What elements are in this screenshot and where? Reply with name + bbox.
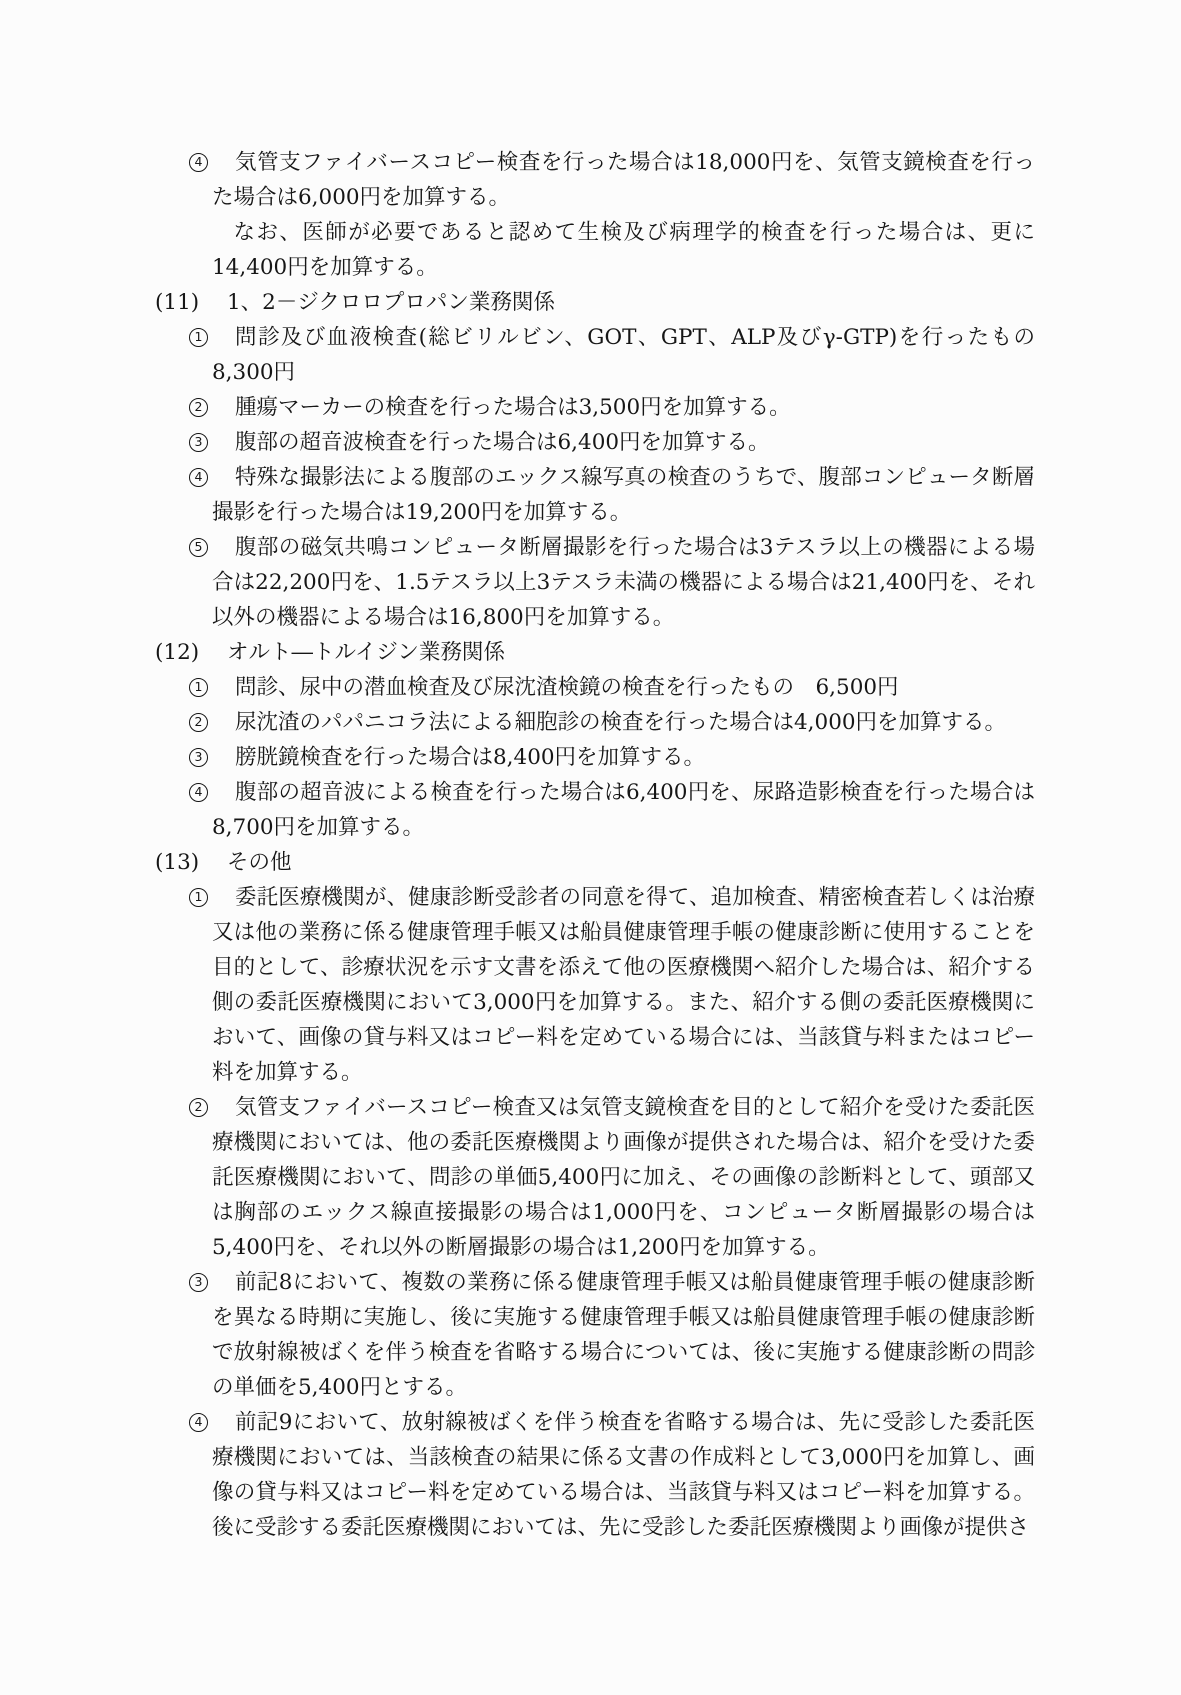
circled-number-icon: 1 bbox=[189, 678, 208, 697]
list-item: 4腹部の超音波による検査を行った場合は6,400円を、尿路造影検査を行った場合は… bbox=[0, 775, 1181, 845]
item-text: 腹部の超音波検査を行った場合は6,400円を加算する。 bbox=[235, 430, 770, 455]
item-text: 気管支ファイバースコピー検査又は気管支鏡検査を目的として紹介を受けた委託医療機関… bbox=[212, 1095, 1035, 1260]
section-heading: (13)その他 bbox=[0, 845, 1181, 880]
list-item: 3前記8において、複数の業務に係る健康管理手帳又は船員健康管理手帳の健康診断を異… bbox=[0, 1265, 1181, 1405]
section-title: その他 bbox=[227, 850, 292, 875]
item-text: 腹部の磁気共鳴コンピュータ断層撮影を行った場合は3テスラ以上の機器による場合は2… bbox=[212, 535, 1035, 630]
item-text: 前記9において、放射線被ばくを伴う検査を省略する場合は、先に受診した委託医療機関… bbox=[212, 1410, 1035, 1540]
circled-number-icon: 1 bbox=[189, 328, 208, 347]
item-text: 委託医療機関が、健康診断受診者の同意を得て、追加検査、精密検査若しくは治療又は他… bbox=[212, 885, 1035, 1085]
item-text: 腫瘍マーカーの検査を行った場合は3,500円を加算する。 bbox=[235, 395, 791, 420]
list-item: 3腹部の超音波検査を行った場合は6,400円を加算する。 bbox=[0, 425, 1181, 460]
section-heading: (11)1、2－ジクロロプロパン業務関係 bbox=[0, 285, 1181, 320]
list-item: 5腹部の磁気共鳴コンピュータ断層撮影を行った場合は3テスラ以上の機器による場合は… bbox=[0, 530, 1181, 635]
note-paragraph: なお、医師が必要であると認めて生検及び病理学的検査を行った場合は、更に14,40… bbox=[0, 215, 1181, 285]
note-text: なお、医師が必要であると認めて生検及び病理学的検査を行った場合は、更に14,40… bbox=[212, 220, 1035, 280]
circled-number-icon: 4 bbox=[189, 783, 208, 802]
item-text: 問診、尿中の潜血検査及び尿沈渣検鏡の検査を行ったもの 6,500円 bbox=[235, 675, 899, 700]
list-item: 1委託医療機関が、健康診断受診者の同意を得て、追加検査、精密検査若しくは治療又は… bbox=[0, 880, 1181, 1090]
section-number: (13) bbox=[155, 845, 199, 880]
section-heading: (12)オルト―トルイジン業務関係 bbox=[0, 635, 1181, 670]
item-text: 膀胱鏡検査を行った場合は8,400円を加算する。 bbox=[235, 745, 705, 770]
item-text: 腹部の超音波による検査を行った場合は6,400円を、尿路造影検査を行った場合は8… bbox=[212, 780, 1035, 840]
circled-number-icon: 3 bbox=[189, 433, 208, 452]
item-text: 気管支ファイバースコピー検査を行った場合は18,000円を、気管支鏡検査を行った… bbox=[212, 150, 1035, 210]
section-title: オルト―トルイジン業務関係 bbox=[227, 640, 505, 665]
list-item: 2腫瘍マーカーの検査を行った場合は3,500円を加算する。 bbox=[0, 390, 1181, 425]
list-item: 3膀胱鏡検査を行った場合は8,400円を加算する。 bbox=[0, 740, 1181, 775]
circled-number-icon: 4 bbox=[189, 153, 208, 172]
section-title: 1、2－ジクロロプロパン業務関係 bbox=[227, 290, 555, 315]
circled-number-icon: 2 bbox=[189, 713, 208, 732]
section-number: (12) bbox=[155, 635, 199, 670]
list-item: 4気管支ファイバースコピー検査を行った場合は18,000円を、気管支鏡検査を行っ… bbox=[0, 145, 1181, 215]
document-body: 4気管支ファイバースコピー検査を行った場合は18,000円を、気管支鏡検査を行っ… bbox=[0, 145, 1181, 1545]
item-text: 特殊な撮影法による腹部のエックス線写真の検査のうちで、腹部コンピュータ断層撮影を… bbox=[212, 465, 1035, 525]
circled-number-icon: 5 bbox=[189, 538, 208, 557]
list-item: 2気管支ファイバースコピー検査又は気管支鏡検査を目的として紹介を受けた委託医療機… bbox=[0, 1090, 1181, 1265]
item-text: 問診及び血液検査(総ビリルビン、GOT、GPT、ALP及びγ-GTP)を行ったも… bbox=[212, 325, 1057, 385]
circled-number-icon: 4 bbox=[189, 1413, 208, 1432]
circled-number-icon: 3 bbox=[189, 748, 208, 767]
list-item: 4前記9において、放射線被ばくを伴う検査を省略する場合は、先に受診した委託医療機… bbox=[0, 1405, 1181, 1545]
list-item: 1問診、尿中の潜血検査及び尿沈渣検鏡の検査を行ったもの 6,500円 bbox=[0, 670, 1181, 705]
list-item: 2尿沈渣のパパニコラ法による細胞診の検査を行った場合は4,000円を加算する。 bbox=[0, 705, 1181, 740]
circled-number-icon: 2 bbox=[189, 398, 208, 417]
circled-number-icon: 2 bbox=[189, 1098, 208, 1117]
circled-number-icon: 4 bbox=[189, 468, 208, 487]
item-text: 前記8において、複数の業務に係る健康管理手帳又は船員健康管理手帳の健康診断を異な… bbox=[212, 1270, 1035, 1400]
document-page: 4気管支ファイバースコピー検査を行った場合は18,000円を、気管支鏡検査を行っ… bbox=[0, 0, 1181, 1695]
item-text: 尿沈渣のパパニコラ法による細胞診の検査を行った場合は4,000円を加算する。 bbox=[235, 710, 1006, 735]
circled-number-icon: 3 bbox=[189, 1273, 208, 1292]
circled-number-icon: 1 bbox=[189, 888, 208, 907]
list-item: 4特殊な撮影法による腹部のエックス線写真の検査のうちで、腹部コンピュータ断層撮影… bbox=[0, 460, 1181, 530]
list-item: 1問診及び血液検査(総ビリルビン、GOT、GPT、ALP及びγ-GTP)を行った… bbox=[0, 320, 1181, 390]
section-number: (11) bbox=[155, 285, 199, 320]
